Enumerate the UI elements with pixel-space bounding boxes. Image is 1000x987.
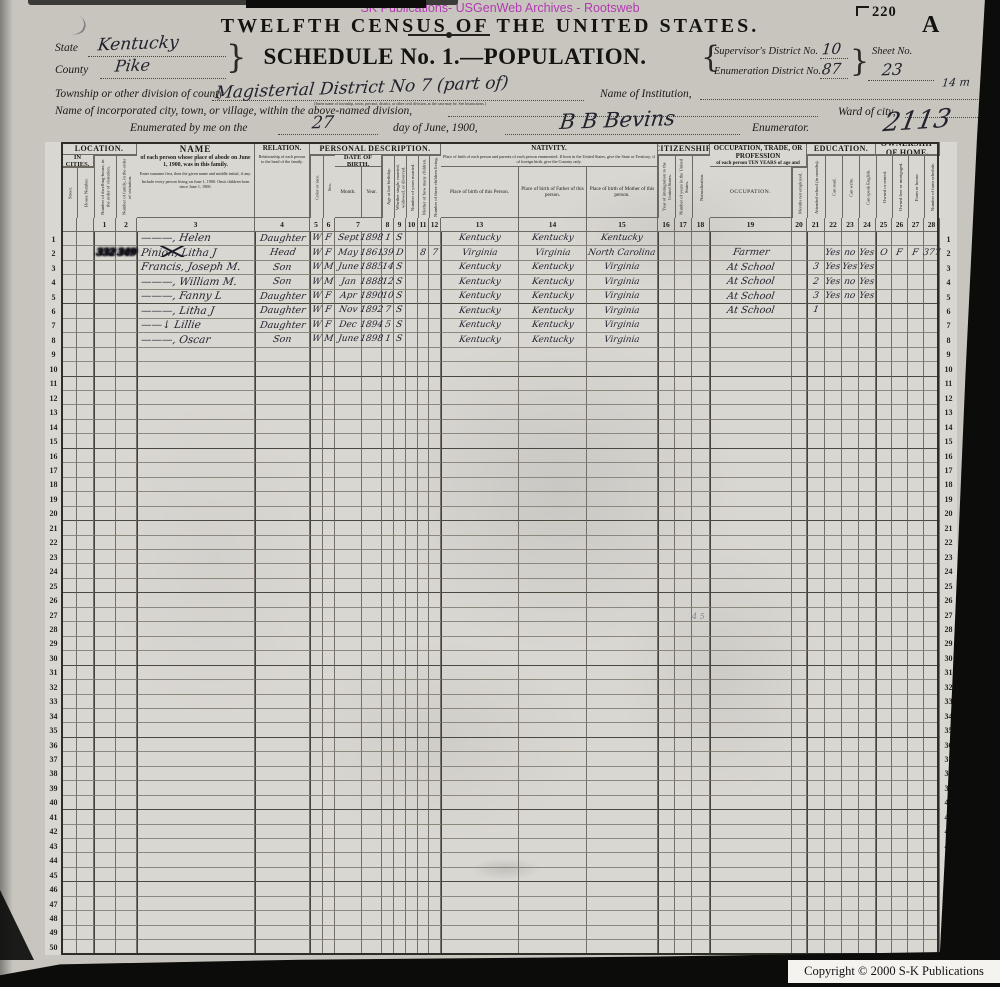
- cell-birth-month: [335, 391, 362, 405]
- group-citizenship: CITIZENSHIP.: [658, 142, 710, 155]
- cell-birthplace-person: [441, 752, 519, 766]
- cell-street: [62, 723, 77, 737]
- cell-marital: [394, 940, 406, 954]
- cell-free-mortgaged: [892, 420, 908, 434]
- cell-color-race: [310, 564, 323, 578]
- cell-occupation: [710, 377, 792, 391]
- cell-immigration-year: [658, 781, 675, 795]
- cell-color-race: [310, 940, 323, 954]
- cell-farm-house: [908, 362, 924, 376]
- cell-children-living: [429, 405, 441, 419]
- cell-farm-house: [908, 348, 924, 362]
- cell-can-read: [825, 911, 842, 925]
- cell-dwelling-number: [94, 825, 116, 839]
- cell-immigration-year: [658, 434, 675, 448]
- cell-age: [382, 781, 394, 795]
- cell-home-owned: [876, 940, 892, 954]
- cell-home-owned: [876, 637, 892, 651]
- cell-birthplace-person: [441, 463, 519, 477]
- cell-birth-month: June: [335, 261, 362, 275]
- cell-years-in-us: [675, 853, 692, 867]
- cell-farm-house: [908, 420, 924, 434]
- cell-birth-year: [362, 695, 382, 709]
- cell-birthplace-father: [519, 695, 587, 709]
- cell-birthplace-mother: [587, 348, 658, 362]
- cell-occupation: [710, 507, 792, 521]
- cell-can-write: Yes: [842, 261, 859, 275]
- cell-birthplace-mother: [587, 593, 658, 607]
- cell-dwelling-number: [94, 536, 116, 550]
- cell-name: [137, 882, 255, 896]
- cell-age: [382, 651, 394, 665]
- cell-birth-year: [362, 940, 382, 954]
- cell-sex: [323, 695, 335, 709]
- cell-age: [382, 377, 394, 391]
- row-number-left: 19: [45, 492, 62, 506]
- cell-birthplace-mother: [587, 622, 658, 636]
- cell-street: [62, 449, 77, 463]
- cell-dwelling-number: [94, 478, 116, 492]
- cell-can-write: [842, 362, 859, 376]
- cell-birth-month: [335, 868, 362, 882]
- col-birthplace-father: Place of birth of Father of this person.: [519, 167, 587, 218]
- cell-birthplace-father: [519, 593, 587, 607]
- cell-family-number: [116, 853, 137, 867]
- row-number-right: 24: [940, 564, 957, 578]
- cell-speak-english: [859, 232, 876, 246]
- cell-farm-house: [908, 666, 924, 680]
- cell-years-married: [406, 839, 418, 853]
- cell-naturalization: [692, 810, 710, 824]
- cell-family-number: [116, 868, 137, 882]
- cell-farm-schedule: 377: [924, 246, 940, 260]
- cell-family-number: [116, 666, 137, 680]
- cell-can-read: [825, 521, 842, 535]
- cell-farm-schedule: [924, 507, 940, 521]
- cell-can-read: [825, 463, 842, 477]
- cell-farm-house: [908, 651, 924, 665]
- cell-street: [62, 319, 77, 333]
- table-row: 1111: [45, 377, 957, 391]
- cell-attended-school: [807, 478, 825, 492]
- cell-occupation: [710, 825, 792, 839]
- cell-house-number: [77, 695, 94, 709]
- cell-name: [137, 767, 255, 781]
- cell-relation: [255, 564, 310, 578]
- cell-birthplace-father: [519, 911, 587, 925]
- cell-birthplace-father: [519, 781, 587, 795]
- cell-age: [382, 391, 394, 405]
- cell-mother-of: [418, 940, 429, 954]
- cell-can-read: [825, 897, 842, 911]
- enumerator-signature: B B Bevins: [558, 106, 676, 134]
- cell-family-number: 349: [116, 246, 137, 260]
- cell-relation: [255, 348, 310, 362]
- pencil-smudge: 4 5: [692, 612, 705, 621]
- cell-children-living: [429, 449, 441, 463]
- cell-free-mortgaged: [892, 521, 908, 535]
- cell-can-read: [825, 391, 842, 405]
- cell-color-race: [310, 810, 323, 824]
- cell-relation: [255, 536, 310, 550]
- cell-age: [382, 608, 394, 622]
- cell-occupation: [710, 362, 792, 376]
- cell-family-number: [116, 593, 137, 607]
- cell-can-write: [842, 926, 859, 940]
- cell-children-living: [429, 232, 441, 246]
- cell-free-mortgaged: [892, 550, 908, 564]
- cell-mother-of: [418, 362, 429, 376]
- cell-dwelling-number: [94, 767, 116, 781]
- cell-birthplace-person: [441, 550, 519, 564]
- cell-house-number: [77, 897, 94, 911]
- cell-home-owned: [876, 449, 892, 463]
- cell-immigration-year: [658, 492, 675, 506]
- cell-speak-english: [859, 391, 876, 405]
- row-number-right: 25: [940, 579, 957, 593]
- cell-occupation: [710, 781, 792, 795]
- cell-can-write: [842, 608, 859, 622]
- cell-family-number: [116, 391, 137, 405]
- cell-birthplace-mother: [587, 796, 658, 810]
- cell-name: [137, 593, 255, 607]
- cell-farm-house: [908, 911, 924, 925]
- cell-mother-of: [418, 333, 429, 347]
- copyright-notice: Copyright © 2000 S-K Publications: [788, 960, 1000, 983]
- cell-relation: [255, 709, 310, 723]
- cell-house-number: [77, 246, 94, 260]
- cell-marital: [394, 362, 406, 376]
- cell-children-living: [429, 507, 441, 521]
- cell-farm-house: [908, 232, 924, 246]
- cell-birthplace-father: [519, 666, 587, 680]
- cell-sex: [323, 521, 335, 535]
- cell-birth-year: [362, 926, 382, 940]
- cell-free-mortgaged: [892, 752, 908, 766]
- cell-naturalization: [692, 695, 710, 709]
- cell-relation: [255, 695, 310, 709]
- cell-name: ———, Oscar: [137, 333, 255, 347]
- cell-years-married: [406, 637, 418, 651]
- cell-birthplace-mother: [587, 926, 658, 940]
- cell-dwelling-number: [94, 449, 116, 463]
- cell-farm-schedule: [924, 434, 940, 448]
- colnum-23: 23: [842, 218, 859, 232]
- col-farm-house: Farm or house.: [908, 155, 924, 218]
- cell-months-not-employed: [792, 781, 807, 795]
- cell-farm-house: [908, 622, 924, 636]
- row-number-left: 15: [45, 434, 62, 448]
- cell-free-mortgaged: [892, 723, 908, 737]
- cell-farm-schedule: [924, 796, 940, 810]
- cell-years-married: [406, 507, 418, 521]
- cell-family-number: [116, 825, 137, 839]
- cell-attended-school: [807, 781, 825, 795]
- cell-speak-english: [859, 304, 876, 318]
- cell-birthplace-father: [519, 348, 587, 362]
- cell-immigration-year: [658, 680, 675, 694]
- cell-years-married: [406, 651, 418, 665]
- cell-dwelling-number: [94, 377, 116, 391]
- cell-sex: M: [323, 333, 335, 347]
- cell-farm-schedule: [924, 752, 940, 766]
- cell-age: [382, 449, 394, 463]
- cell-name: [137, 666, 255, 680]
- cell-can-write: [842, 478, 859, 492]
- cell-dwelling-number: [94, 695, 116, 709]
- cell-house-number: [77, 911, 94, 925]
- cell-birthplace-father: [519, 882, 587, 896]
- row-number-right: 4: [940, 275, 957, 289]
- cell-can-read: [825, 608, 842, 622]
- cell-months-not-employed: [792, 767, 807, 781]
- cell-birthplace-mother: [587, 536, 658, 550]
- col-can-write: Can write.: [842, 155, 859, 218]
- cell-children-living: [429, 666, 441, 680]
- cell-months-not-employed: [792, 868, 807, 882]
- cell-birth-year: 1885: [362, 261, 382, 275]
- cell-speak-english: [859, 940, 876, 954]
- cell-name: [137, 348, 255, 362]
- cell-color-race: [310, 767, 323, 781]
- cell-occupation: [710, 752, 792, 766]
- cell-years-married: [406, 825, 418, 839]
- cell-mother-of: [418, 695, 429, 709]
- cell-marital: [394, 579, 406, 593]
- cell-home-owned: [876, 825, 892, 839]
- cell-street: [62, 405, 77, 419]
- cell-free-mortgaged: [892, 796, 908, 810]
- cell-farm-house: [908, 839, 924, 853]
- cell-free-mortgaged: [892, 362, 908, 376]
- cell-can-write: [842, 434, 859, 448]
- cell-dwelling-number: [94, 434, 116, 448]
- cell-can-write: [842, 521, 859, 535]
- cell-street: [62, 796, 77, 810]
- cell-occupation: [710, 405, 792, 419]
- row-number-left: 47: [45, 897, 62, 911]
- cell-speak-english: [859, 680, 876, 694]
- cell-attended-school: [807, 882, 825, 896]
- cell-children-living: [429, 564, 441, 578]
- cell-occupation: Farmer: [710, 246, 792, 260]
- cell-occupation: [710, 579, 792, 593]
- cell-farm-schedule: [924, 550, 940, 564]
- cell-speak-english: Yes: [859, 290, 876, 304]
- cell-birth-year: 1898: [362, 232, 382, 246]
- cell-sex: F: [323, 290, 335, 304]
- cell-immigration-year: [658, 825, 675, 839]
- cell-free-mortgaged: [892, 622, 908, 636]
- city-label: Name of incorporated city, town, or vill…: [55, 105, 412, 117]
- cell-sex: [323, 507, 335, 521]
- cell-naturalization: [692, 680, 710, 694]
- cell-relation: Daughter: [255, 304, 310, 318]
- cell-birth-month: Nov: [335, 304, 362, 318]
- cell-family-number: [116, 348, 137, 362]
- cell-family-number: [116, 304, 137, 318]
- cell-naturalization: [692, 434, 710, 448]
- cell-street: [62, 304, 77, 318]
- row-number-right: 16: [940, 449, 957, 463]
- table-row: 1818: [45, 478, 957, 492]
- cell-children-living: [429, 781, 441, 795]
- cell-birth-month: [335, 752, 362, 766]
- cell-naturalization: [692, 261, 710, 275]
- cell-years-in-us: [675, 405, 692, 419]
- cell-age: 39: [382, 246, 394, 260]
- cell-naturalization: [692, 391, 710, 405]
- cell-farm-house: [908, 507, 924, 521]
- cell-age: [382, 536, 394, 550]
- cell-street: [62, 348, 77, 362]
- cell-birthplace-father: [519, 709, 587, 723]
- cell-can-read: [825, 882, 842, 896]
- cell-attended-school: 1: [807, 304, 825, 318]
- cell-home-owned: [876, 796, 892, 810]
- cell-birthplace-father: [519, 405, 587, 419]
- cell-home-owned: [876, 319, 892, 333]
- cell-years-married: [406, 434, 418, 448]
- group-occupation: OCCUPATION, TRADE, OR PROFESSIONof each …: [710, 142, 807, 167]
- cell-sex: [323, 564, 335, 578]
- cell-occupation: [710, 492, 792, 506]
- cell-children-living: [429, 579, 441, 593]
- cell-years-married: [406, 781, 418, 795]
- colnum-blank-street: [62, 218, 77, 232]
- cell-birth-year: [362, 405, 382, 419]
- cell-birth-month: [335, 608, 362, 622]
- cell-occupation: [710, 420, 792, 434]
- cell-birthplace-mother: [587, 564, 658, 578]
- cell-street: [62, 550, 77, 564]
- cell-attended-school: [807, 507, 825, 521]
- cell-birthplace-person: [441, 608, 519, 622]
- cell-age: 1: [382, 232, 394, 246]
- cell-attended-school: 3: [807, 261, 825, 275]
- cell-sex: [323, 348, 335, 362]
- cell-color-race: [310, 781, 323, 795]
- row-number-left: 26: [45, 593, 62, 607]
- cell-house-number: [77, 492, 94, 506]
- cell-years-married: [406, 752, 418, 766]
- cell-immigration-year: [658, 261, 675, 275]
- cell-marital: [394, 564, 406, 578]
- row-number-left: 45: [45, 868, 62, 882]
- cell-sex: [323, 463, 335, 477]
- cell-home-owned: [876, 492, 892, 506]
- cell-can-read: [825, 926, 842, 940]
- cell-speak-english: [859, 593, 876, 607]
- cell-birthplace-person: [441, 767, 519, 781]
- cell-immigration-year: [658, 593, 675, 607]
- col-sex: Sex.: [323, 155, 335, 218]
- cell-age: [382, 825, 394, 839]
- cell-age: [382, 564, 394, 578]
- cell-color-race: [310, 391, 323, 405]
- cell-birthplace-person: [441, 449, 519, 463]
- row-number-left: 30: [45, 651, 62, 665]
- cell-house-number: [77, 796, 94, 810]
- cell-birthplace-person: Kentucky: [441, 319, 519, 333]
- cell-dwelling-number: [94, 680, 116, 694]
- cell-speak-english: [859, 897, 876, 911]
- enumerated-mid: day of June, 1900,: [393, 122, 478, 134]
- state-label: State: [55, 42, 78, 54]
- table-row: 4———, William M.SonWMJan188812SKentuckyK…: [45, 275, 957, 289]
- cell-immigration-year: [658, 391, 675, 405]
- cell-years-married: [406, 767, 418, 781]
- cell-attended-school: [807, 391, 825, 405]
- cell-name: [137, 868, 255, 882]
- cell-name: [137, 391, 255, 405]
- cell-birth-year: 1890: [362, 290, 382, 304]
- cell-sex: [323, 637, 335, 651]
- cell-can-read: [825, 651, 842, 665]
- table-row: 2929: [45, 637, 957, 651]
- cell-birthplace-person: [441, 593, 519, 607]
- cell-sex: [323, 680, 335, 694]
- cell-color-race: [310, 507, 323, 521]
- col-birthplace-person: Place of birth of this Person.: [441, 167, 519, 218]
- cell-farm-house: [908, 261, 924, 275]
- cell-birth-year: [362, 810, 382, 824]
- colnum-12: 12: [429, 218, 441, 232]
- cell-birthplace-mother: Virginia: [587, 261, 658, 275]
- cell-free-mortgaged: [892, 767, 908, 781]
- cell-occupation: [710, 434, 792, 448]
- cell-immigration-year: [658, 897, 675, 911]
- cell-years-married: [406, 926, 418, 940]
- cell-family-number: [116, 608, 137, 622]
- cell-speak-english: [859, 405, 876, 419]
- cell-family-number: [116, 377, 137, 391]
- cell-attended-school: [807, 521, 825, 535]
- cell-children-living: [429, 377, 441, 391]
- township-value: Magisterial District No 7 (part of): [214, 73, 509, 103]
- cell-color-race: [310, 377, 323, 391]
- cell-can-write: [842, 723, 859, 737]
- cell-years-married: [406, 348, 418, 362]
- cell-sex: [323, 651, 335, 665]
- cell-naturalization: [692, 666, 710, 680]
- colnum-25: 25: [876, 218, 892, 232]
- cell-attended-school: [807, 434, 825, 448]
- cell-home-owned: [876, 666, 892, 680]
- cell-birth-year: 1894: [362, 319, 382, 333]
- cell-immigration-year: [658, 348, 675, 362]
- cell-years-married: [406, 362, 418, 376]
- row-number-right: 10: [940, 362, 957, 376]
- cell-years-married: [406, 536, 418, 550]
- cell-farm-schedule: [924, 738, 940, 752]
- cell-months-not-employed: [792, 261, 807, 275]
- cell-farm-schedule: [924, 608, 940, 622]
- row-number-left: 32: [45, 680, 62, 694]
- cell-attended-school: [807, 695, 825, 709]
- cell-street: [62, 608, 77, 622]
- cell-home-owned: [876, 651, 892, 665]
- cell-street: [62, 940, 77, 954]
- cell-family-number: [116, 796, 137, 810]
- cell-family-number: [116, 897, 137, 911]
- cell-dwelling-number: [94, 853, 116, 867]
- col-dwelling-number: Number of dwelling-house, in the order o…: [94, 155, 116, 218]
- cell-birthplace-mother: [587, 911, 658, 925]
- cell-birth-month: [335, 622, 362, 636]
- cell-speak-english: [859, 550, 876, 564]
- cell-birthplace-person: [441, 637, 519, 651]
